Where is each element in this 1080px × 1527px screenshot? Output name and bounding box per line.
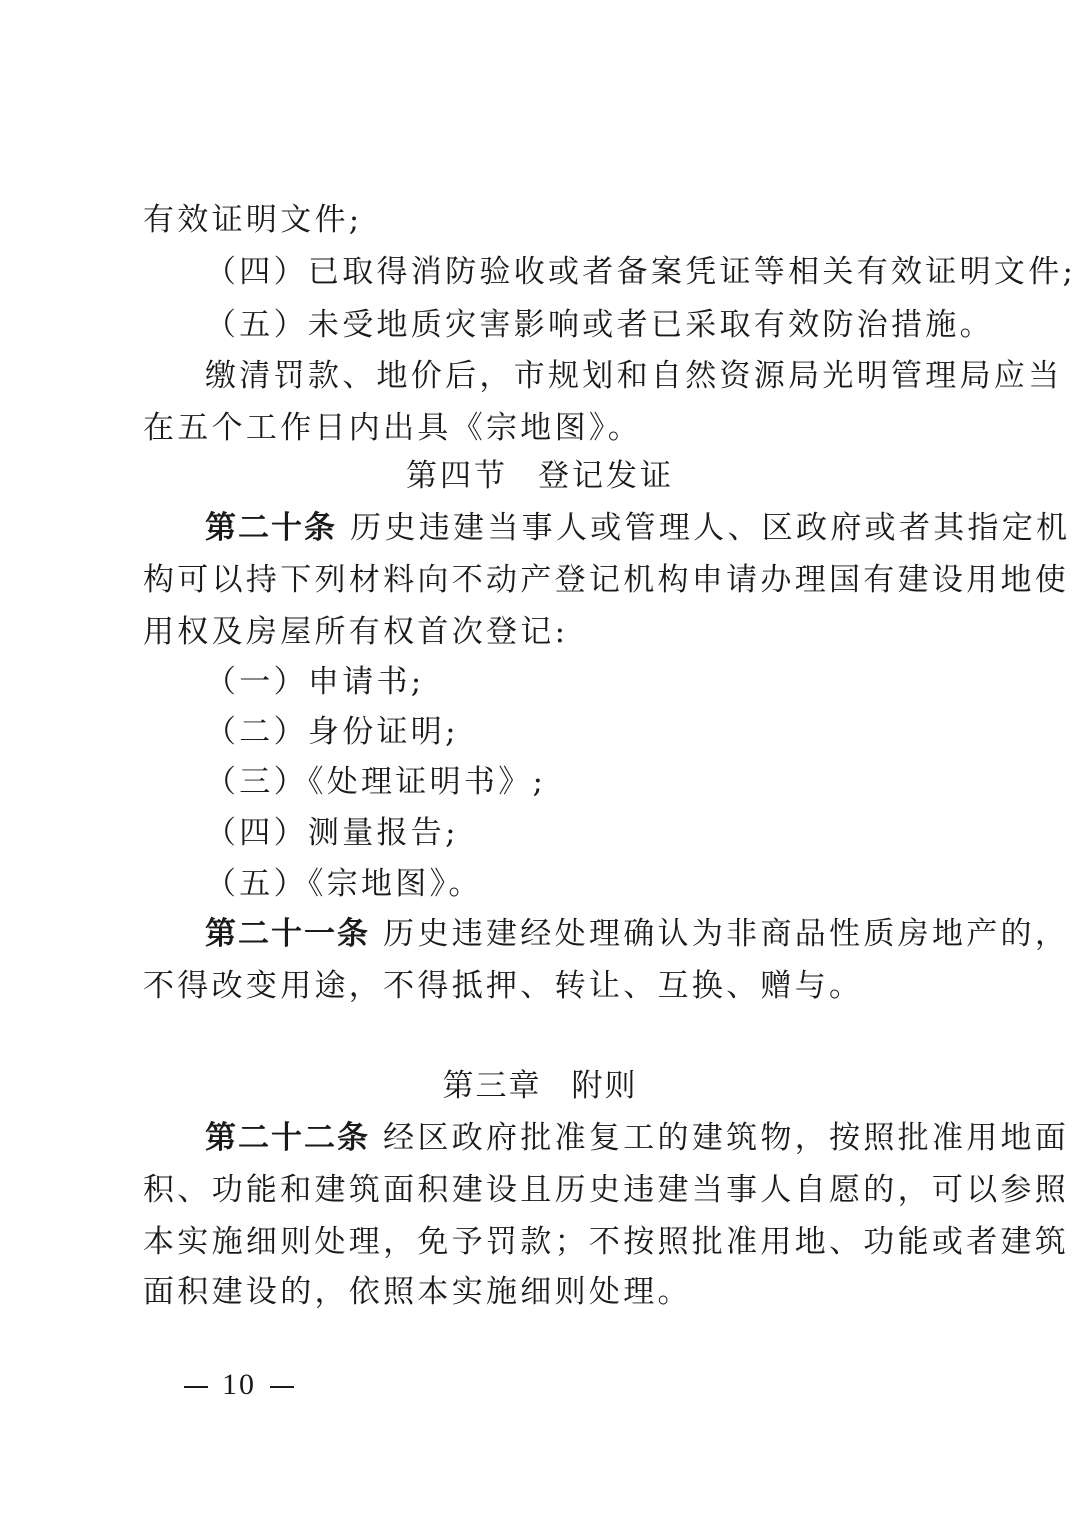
paragraph-line: 构可以持下列材料向不动产登记机构申请办理国有建设用地使	[143, 560, 943, 600]
article-heading: 第二十一条	[205, 916, 370, 952]
chapter-name: 附则	[572, 1068, 638, 1104]
list-item: （五）未受地质灾害影响或者已采取有效防治措施。	[205, 305, 994, 345]
document-page: 有效证明文件; （四）已取得消防验收或者备案凭证等相关有效证明文件; （五）未受…	[0, 0, 1080, 1527]
list-item: （四）测量报告;	[205, 813, 459, 853]
list-item: （二）身份证明;	[205, 712, 459, 752]
paragraph-line: 积、功能和建筑面积建设且历史违建当事人自愿的，可以参照	[143, 1170, 943, 1210]
list-item: （四）已取得消防验收或者备案凭证等相关有效证明文件;	[205, 252, 1076, 292]
text-line: 有效证明文件;	[143, 200, 943, 240]
list-item: （三）《处理证明书》;	[205, 762, 546, 802]
article-22-line: 第二十二条 经区政府批准复工的建筑物，按照批准用地面	[205, 1118, 1069, 1158]
article-text: 经区政府批准复工的建筑物，按照批准用地面	[383, 1120, 1069, 1156]
section-title: 第四节登记发证	[0, 456, 1080, 496]
article-heading: 第二十二条	[205, 1120, 370, 1156]
chapter-number: 第三章	[443, 1068, 542, 1104]
article-heading: 第二十条	[205, 510, 337, 546]
article-text: 历史违建当事人或管理人、区政府或者其指定机	[350, 510, 1070, 546]
dash-right	[270, 1386, 294, 1388]
dash-left	[184, 1386, 208, 1388]
paragraph-line: 用权及房屋所有权首次登记:	[143, 612, 943, 652]
paragraph-line: 缴清罚款、地价后，市规划和自然资源局光明管理局应当	[205, 356, 1063, 396]
page-number: 10	[170, 1365, 308, 1405]
article-text: 历史违建经处理确认为非商品性质房地产的，	[383, 916, 1069, 952]
chapter-title: 第三章附则	[0, 1066, 1080, 1106]
paragraph-line: 本实施细则处理，免予罚款；不按照批准用地、功能或者建筑	[143, 1222, 943, 1262]
article-21-line: 第二十一条 历史违建经处理确认为非商品性质房地产的，	[205, 914, 1069, 954]
page-number-value: 10	[222, 1368, 256, 1401]
section-name: 登记发证	[538, 458, 674, 494]
list-item: （五）《宗地图》。	[205, 864, 483, 904]
paragraph-line: 不得改变用途，不得抵押、转让、互换、赠与。	[143, 966, 943, 1006]
list-item: （一）申请书;	[205, 662, 425, 702]
section-number: 第四节	[406, 458, 508, 494]
article-20-line: 第二十条 历史违建当事人或管理人、区政府或者其指定机	[205, 508, 1070, 548]
paragraph-line: 在五个工作日内出具《宗地图》。	[143, 408, 943, 448]
paragraph-line: 面积建设的，依照本实施细则处理。	[143, 1272, 943, 1312]
